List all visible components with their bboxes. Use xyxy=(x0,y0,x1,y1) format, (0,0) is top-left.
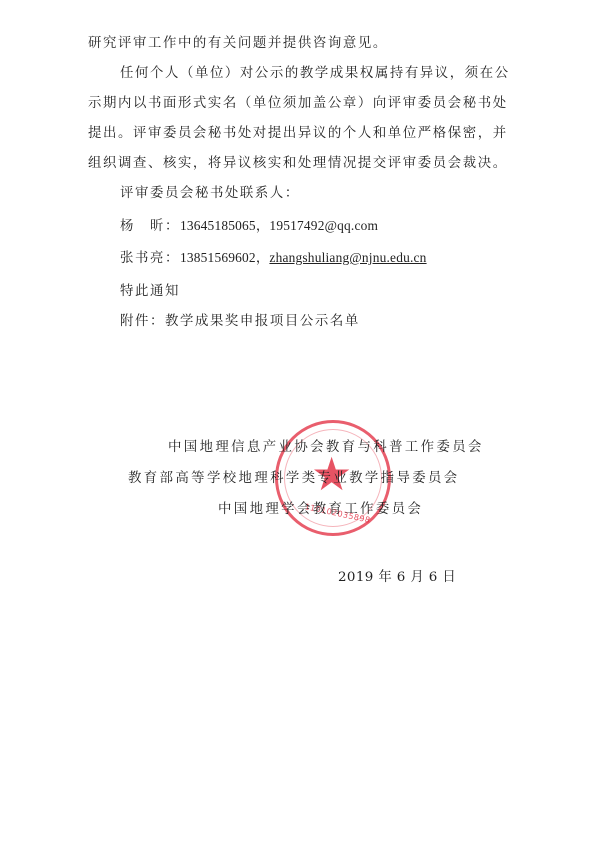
contact-zhang: 张书亮：13851569602，zhangshuliang@njnu.edu.c… xyxy=(120,250,427,267)
contact-email-link[interactable]: zhangshuliang@njnu.edu.cn xyxy=(269,250,426,265)
contact-phone: 13645185065， xyxy=(180,218,269,233)
closing-notice: 特此通知 xyxy=(120,284,180,300)
contact-yang: 杨 昕：13645185065，19517492@qq.com xyxy=(120,218,378,235)
contact-name: 杨 昕： xyxy=(120,219,180,234)
objection-paragraph-line-4: 组织调查、核实，将异议核实和处理情况提交评审委员会裁决。 xyxy=(88,156,508,172)
contact-heading: 评审委员会秘书处联系人： xyxy=(120,186,300,202)
attachment-note: 附件：教学成果奖申报项目公示名单 xyxy=(120,314,360,330)
signature-date: 2019 年 6 月 6 日 xyxy=(338,570,456,586)
contact-phone: 13851569602， xyxy=(180,250,269,265)
objection-paragraph-line-1: 任何个人（单位）对公示的教学成果权属持有异议，须在公 xyxy=(120,66,510,82)
objection-paragraph-line-3: 提出。评审委员会秘书处对提出异议的个人和单位严格保密，并 xyxy=(88,126,508,142)
objection-paragraph-line-2: 示期内以书面形式实名（单位须加盖公章）向评审委员会秘书处 xyxy=(88,96,508,112)
contact-email: 19517492@qq.com xyxy=(269,218,378,233)
signature-org-1: 中国地理信息产业协会教育与科普工作委员会 xyxy=(168,436,484,455)
signature-org-2: 教育部高等学校地理科学类专业教学指导委员会 xyxy=(128,467,460,486)
paragraph-tail: 研究评审工作中的有关问题并提供咨询意见。 xyxy=(88,36,388,52)
contact-name: 张书亮： xyxy=(120,251,180,266)
signature-org-3: 中国地理学会教育工作委员会 xyxy=(218,498,423,517)
